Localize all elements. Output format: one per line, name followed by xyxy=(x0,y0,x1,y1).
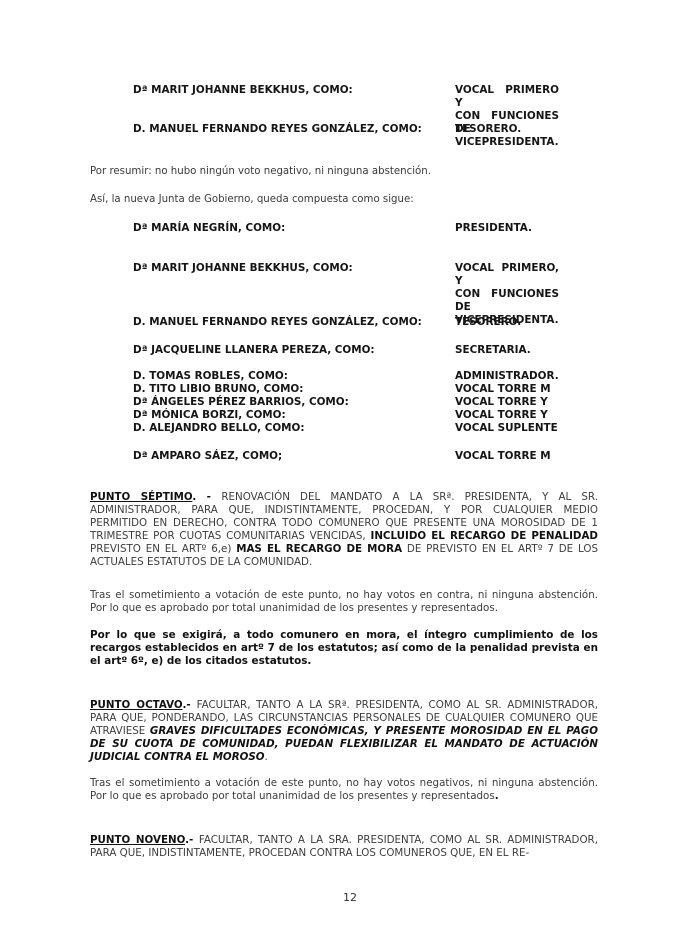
bold-italic-dificultades: GRAVES DIFICULTADES ECONÓMICAS, Y PRESEN… xyxy=(90,725,598,763)
punto-noveno-paragraph: PUNTO NOVENO.- FACULTAR, TANTO A LA SRA.… xyxy=(90,834,598,860)
member-name: D. TITO LIBIO BRUNO, COMO: xyxy=(133,383,303,396)
member-name: D. MANUEL FERNANDO REYES GONZÁLEZ, COMO: xyxy=(133,123,422,136)
member-name: D. TOMAS ROBLES, COMO: xyxy=(133,370,288,383)
punto-septimo-vote: Tras el sometimiento a votación de este … xyxy=(90,589,598,615)
member-role: VOCAL TORRE Y xyxy=(455,409,559,422)
bold-recargo-mora: MAS EL RECARGO DE MORA xyxy=(236,543,402,555)
page-number: 12 xyxy=(0,891,700,904)
member-role: TESORERO. xyxy=(455,316,559,329)
punto-octavo-paragraph: PUNTO OCTAVO.- FACULTAR, TANTO A LA SRª.… xyxy=(90,699,598,764)
punto-septimo-paragraph: PUNTO SÉPTIMO. - RENOVACIÓN DEL MANDATO … xyxy=(90,491,598,570)
member-role: PRESIDENTA. xyxy=(455,222,559,235)
member-name: Dª MÓNICA BORZI, COMO: xyxy=(133,409,286,422)
member-name: Dª MARÍA NEGRÍN, COMO: xyxy=(133,222,285,235)
member-name: Dª AMPARO SÁEZ, COMO; xyxy=(133,450,282,463)
member-role: VOCAL PRIMERO Y CON FUNCIONES DE VICEPRE… xyxy=(455,84,559,149)
punto-septimo-heading: PUNTO SÉPTIMO xyxy=(90,491,192,503)
member-role: VOCAL TORRE Y xyxy=(455,396,559,409)
member-name: Dª JACQUELINE LLANERA PEREZA, COMO: xyxy=(133,344,375,357)
bold-recargo-penalidad: INCLUIDO EL RECARGO DE PENALIDAD xyxy=(370,530,598,542)
punto-octavo-vote: Tras el sometimiento a votación de este … xyxy=(90,777,598,803)
member-role: VOCAL TORRE M xyxy=(455,450,559,463)
member-role: TESORERO. xyxy=(455,123,559,136)
member-role: ADMINISTRADOR. xyxy=(455,370,559,383)
member-name: Dª MARIT JOHANNE BEKKHUS, COMO: xyxy=(133,262,353,275)
member-role: SECRETARIA. xyxy=(455,344,559,357)
member-role: VOCAL SUPLENTE xyxy=(455,422,559,435)
punto-octavo-heading: PUNTO OCTAVO xyxy=(90,699,182,711)
member-name: D. ALEJANDRO BELLO, COMO: xyxy=(133,422,304,435)
member-name: Dª MARIT JOHANNE BEKKHUS, COMO: xyxy=(133,84,353,97)
punto-noveno-heading: PUNTO NOVENO xyxy=(90,834,185,846)
member-name: D. MANUEL FERNANDO REYES GONZÁLEZ, COMO: xyxy=(133,316,422,329)
member-role: VOCAL TORRE M xyxy=(455,383,559,396)
member-name: Dª ÁNGELES PÉREZ BARRIOS, COMO: xyxy=(133,396,349,409)
junta-intro: Así, la nueva Junta de Gobierno, queda c… xyxy=(90,193,414,206)
summary-line: Por resumir: no hubo ningún voto negativ… xyxy=(90,165,431,178)
punto-septimo-conclusion: Por lo que se exigirá, a todo comunero e… xyxy=(90,629,598,668)
